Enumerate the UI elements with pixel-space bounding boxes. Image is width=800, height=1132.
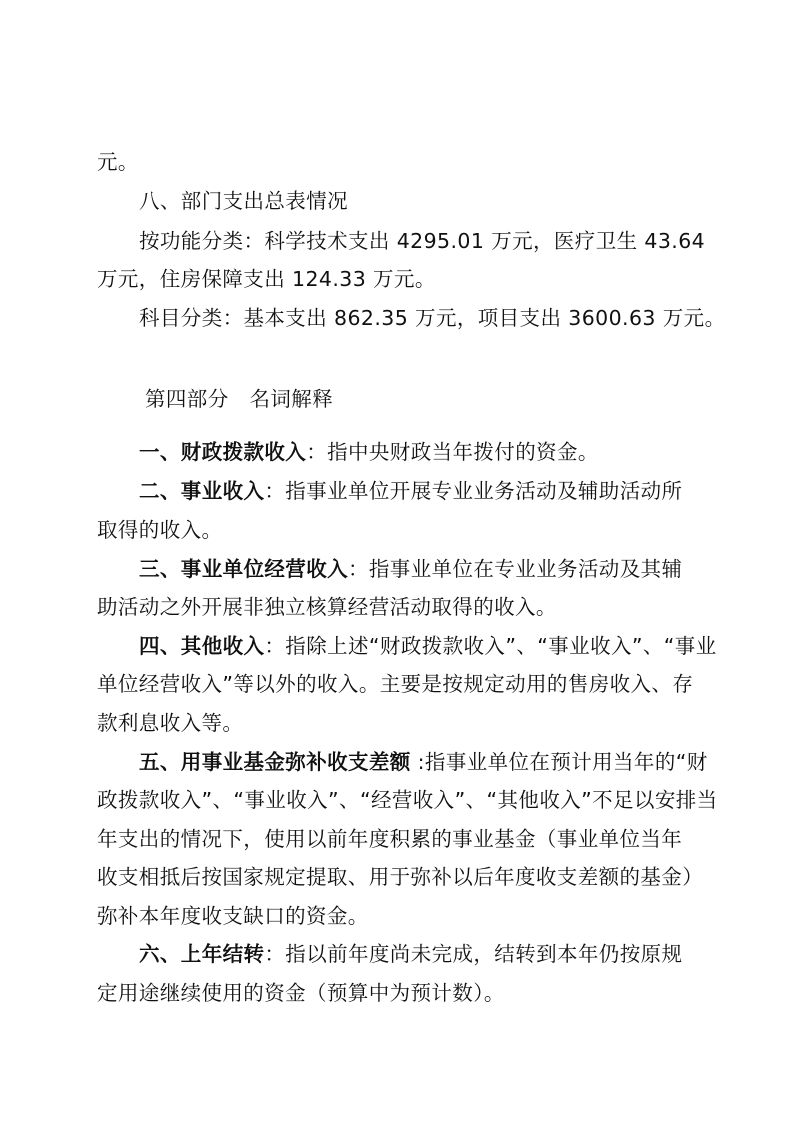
term-5-def-line-2: 政拨款收入”、“事业收入”、“经营收入”、“其他收入”不足以安排当: [97, 786, 718, 814]
term-4-paragraph: 四、其他收入：指除上述“财政拨款收入”、“事业收入”、“事业: [139, 632, 717, 660]
functional-classification-line-1: 按功能分类：科学技术支出 4295.01 万元，医疗卫生 43.64: [139, 227, 705, 255]
term-4-def-line-2: 单位经营收入”等以外的收入。主要是按规定动用的售房收入、存: [97, 670, 693, 698]
term-5-def-line-4: 收支相抵后按国家规定提取、用于弥补以后年度收支差额的基金）: [97, 863, 703, 891]
term-6-label: 六、上年结转: [139, 942, 264, 966]
term-4-def-line-3: 款利息收入等。: [97, 709, 243, 737]
term-3-paragraph: 三、事业单位经营收入：指事业单位在专业业务活动及其辅: [139, 555, 682, 583]
term-3-label: 三、事业单位经营收入: [139, 557, 348, 581]
term-2-def-line-2: 取得的收入。: [97, 516, 222, 544]
term-6-paragraph: 六、上年结转：指以前年度尚未完成，结转到本年仍按原规: [139, 940, 682, 968]
term-5-label: 五、用事业基金弥补收支差额: [139, 750, 411, 774]
section-8-heading: 八、部门支出总表情况: [139, 187, 348, 215]
functional-classification-line-2: 万元，住房保障支出 124.33 万元。: [97, 265, 436, 293]
subject-classification-line: 科目分类：基本支出 862.35 万元，项目支出 3600.63 万元。: [139, 304, 725, 332]
term-2-def-line-1: ：指事业单位开展专业业务活动及辅助活动所: [264, 479, 682, 503]
term-5-def-line-1: :指事业单位在预计用当年的“财: [411, 750, 708, 774]
continuation-text: 元。: [97, 148, 139, 176]
term-5-def-line-3: 年支出的情况下，使用以前年度积累的事业基金（事业单位当年: [97, 825, 682, 853]
term-6-def-line-2: 定用途继续使用的资金（预算中为预计数）。: [97, 979, 505, 1007]
term-5-def-line-5: 弥补本年度收支缺口的资金。: [97, 902, 369, 930]
term-3-def-line-2: 助活动之外开展非独立核算经营活动取得的收入。: [97, 593, 557, 621]
term-1-def-line-1: ：指中央财政当年拨付的资金。: [306, 440, 599, 464]
term-4-def-line-1: ：指除上述“财政拨款收入”、“事业收入”、“事业: [264, 634, 716, 658]
term-1-paragraph: 一、财政拨款收入：指中央财政当年拨付的资金。: [139, 438, 599, 466]
term-5-paragraph: 五、用事业基金弥补收支差额 :指事业单位在预计用当年的“财: [139, 748, 708, 776]
term-1-label: 一、财政拨款收入: [139, 440, 306, 464]
part-4-title: 第四部分 名词解释: [145, 385, 333, 413]
term-2-paragraph: 二、事业收入：指事业单位开展专业业务活动及辅助活动所: [139, 477, 682, 505]
term-3-def-line-1: ：指事业单位在专业业务活动及其辅: [348, 557, 682, 581]
term-6-def-line-1: ：指以前年度尚未完成，结转到本年仍按原规: [264, 942, 682, 966]
term-4-label: 四、其他收入: [139, 634, 264, 658]
term-2-label: 二、事业收入: [139, 479, 264, 503]
